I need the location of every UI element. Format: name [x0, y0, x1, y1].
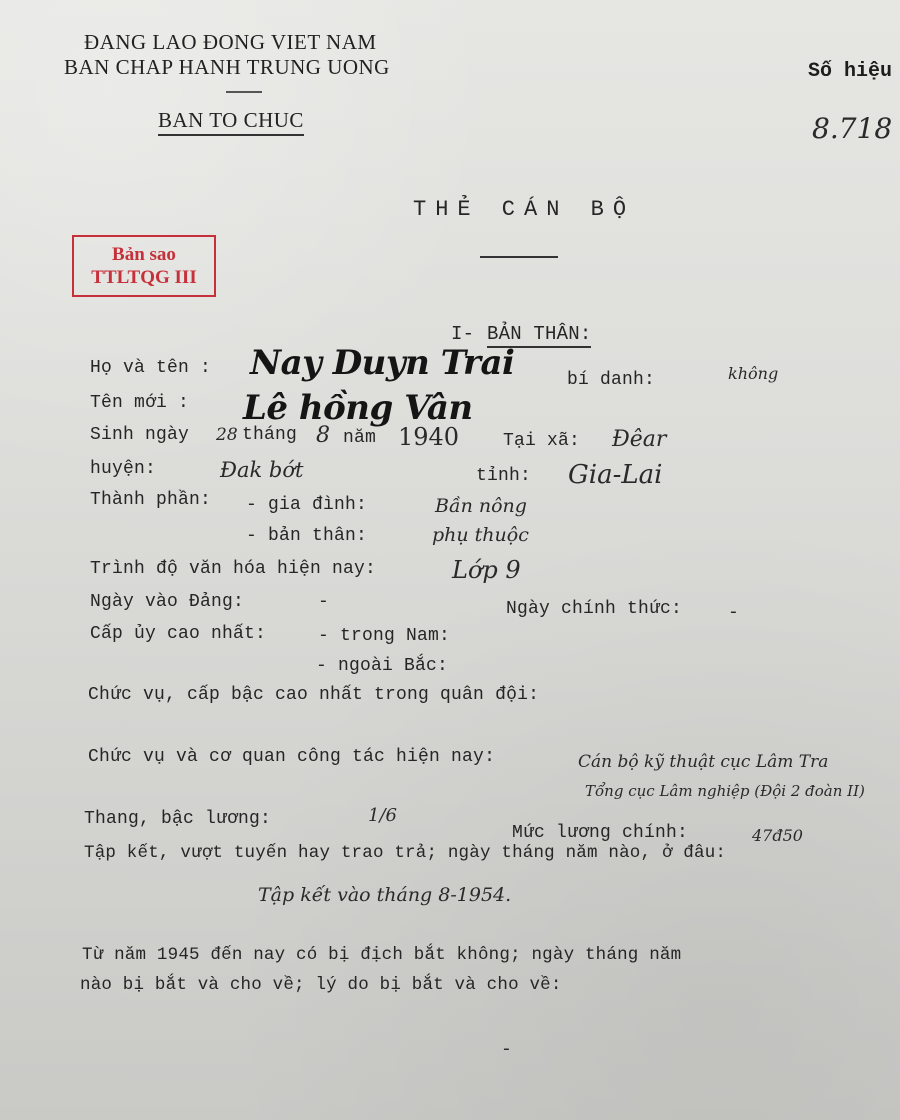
alias-value: không	[728, 364, 778, 383]
family-background-label: - gia đình:	[246, 495, 367, 515]
arrest-value: -	[501, 1040, 512, 1060]
birth-day-label: Sinh ngày	[90, 425, 189, 445]
province-label: tỉnh:	[476, 466, 531, 486]
salary-grade-label: Thang, bậc lương:	[84, 809, 271, 829]
education-label: Trình độ văn hóa hiện nay:	[90, 559, 376, 579]
district-label: huyện:	[90, 459, 156, 479]
serial-number: 8.718	[812, 112, 892, 145]
official-date-value: -	[728, 603, 739, 623]
military-rank-label: Chức vụ, cấp bậc cao nhất trong quân đội…	[88, 685, 539, 705]
current-position-value-line-2: Tổng cục Lâm nghiệp (Đội 2 đoàn II)	[585, 782, 865, 800]
main-salary-label: Mức lương chính:	[512, 823, 688, 843]
province-value: Gia-Lai	[568, 460, 662, 490]
birth-month-label: tháng	[242, 425, 297, 445]
highest-committee-label: Cấp ủy cao nhất:	[90, 624, 266, 644]
alias-label: bí danh:	[567, 370, 655, 390]
birth-year-value: 1940	[398, 423, 459, 451]
new-name-value: Lê hồng Vân	[243, 388, 473, 428]
current-position-label: Chức vụ và cơ quan công tác hiện nay:	[88, 747, 495, 767]
full-name-label: Họ và tên :	[90, 358, 211, 378]
self-background-value: phụ thuộc	[432, 524, 529, 546]
org-name-line-1: ĐANG LAO ĐONG VIET NAM	[84, 30, 377, 55]
salary-grade-value: 1/6	[368, 805, 397, 826]
education-value: Lớp 9	[452, 556, 521, 584]
committee-north-label: - ngoài Bắc:	[316, 656, 448, 676]
section-number: I-	[451, 323, 474, 345]
background-label: Thành phần:	[90, 490, 211, 510]
birth-commune-value: Đêar	[612, 427, 666, 452]
full-name-value: Nay Duyn Trai	[250, 343, 514, 383]
self-background-label: - bản thân:	[246, 526, 367, 546]
document-title: THẺ CÁN BỘ	[413, 197, 635, 222]
birth-commune-label: Tại xã:	[503, 431, 580, 451]
party-join-label: Ngày vào Đảng:	[90, 592, 244, 612]
title-underline	[480, 256, 558, 258]
regroup-label: Tập kết, vượt tuyến hay trao trả; ngày t…	[84, 843, 726, 863]
official-date-label: Ngày chính thức:	[506, 599, 682, 619]
birth-month-value: 8	[316, 423, 330, 448]
archive-copy-stamp: Bản sao TTLTQG III	[72, 235, 216, 297]
department-name: BAN TO CHUC	[158, 108, 304, 136]
stamp-line-1: Bản sao	[74, 244, 214, 266]
regroup-value: Tập kết vào tháng 8-1954.	[258, 884, 511, 906]
new-name-label: Tên mới :	[90, 393, 189, 413]
birth-day-value: 28	[216, 425, 238, 445]
birth-year-label: năm	[343, 428, 376, 448]
serial-label: Số hiệu	[808, 60, 892, 83]
committee-south-label: - trong Nam:	[318, 626, 450, 646]
header-divider	[226, 91, 262, 93]
arrest-label-line-2: nào bị bắt và cho về; lý do bị bắt và ch…	[80, 975, 562, 995]
party-join-value: -	[318, 592, 329, 612]
arrest-label-line-1: Từ năm 1945 đến nay có bị địch bắt không…	[82, 945, 681, 965]
stamp-line-2: TTLTQG III	[74, 266, 214, 290]
current-position-value-line-1: Cán bộ kỹ thuật cục Lâm Tra	[578, 752, 828, 772]
org-name-line-2: BAN CHAP HANH TRUNG UONG	[64, 55, 390, 80]
family-background-value: Bần nông	[435, 495, 527, 517]
main-salary-value: 47đ50	[752, 826, 803, 845]
district-value: Đak bớt	[220, 458, 303, 482]
